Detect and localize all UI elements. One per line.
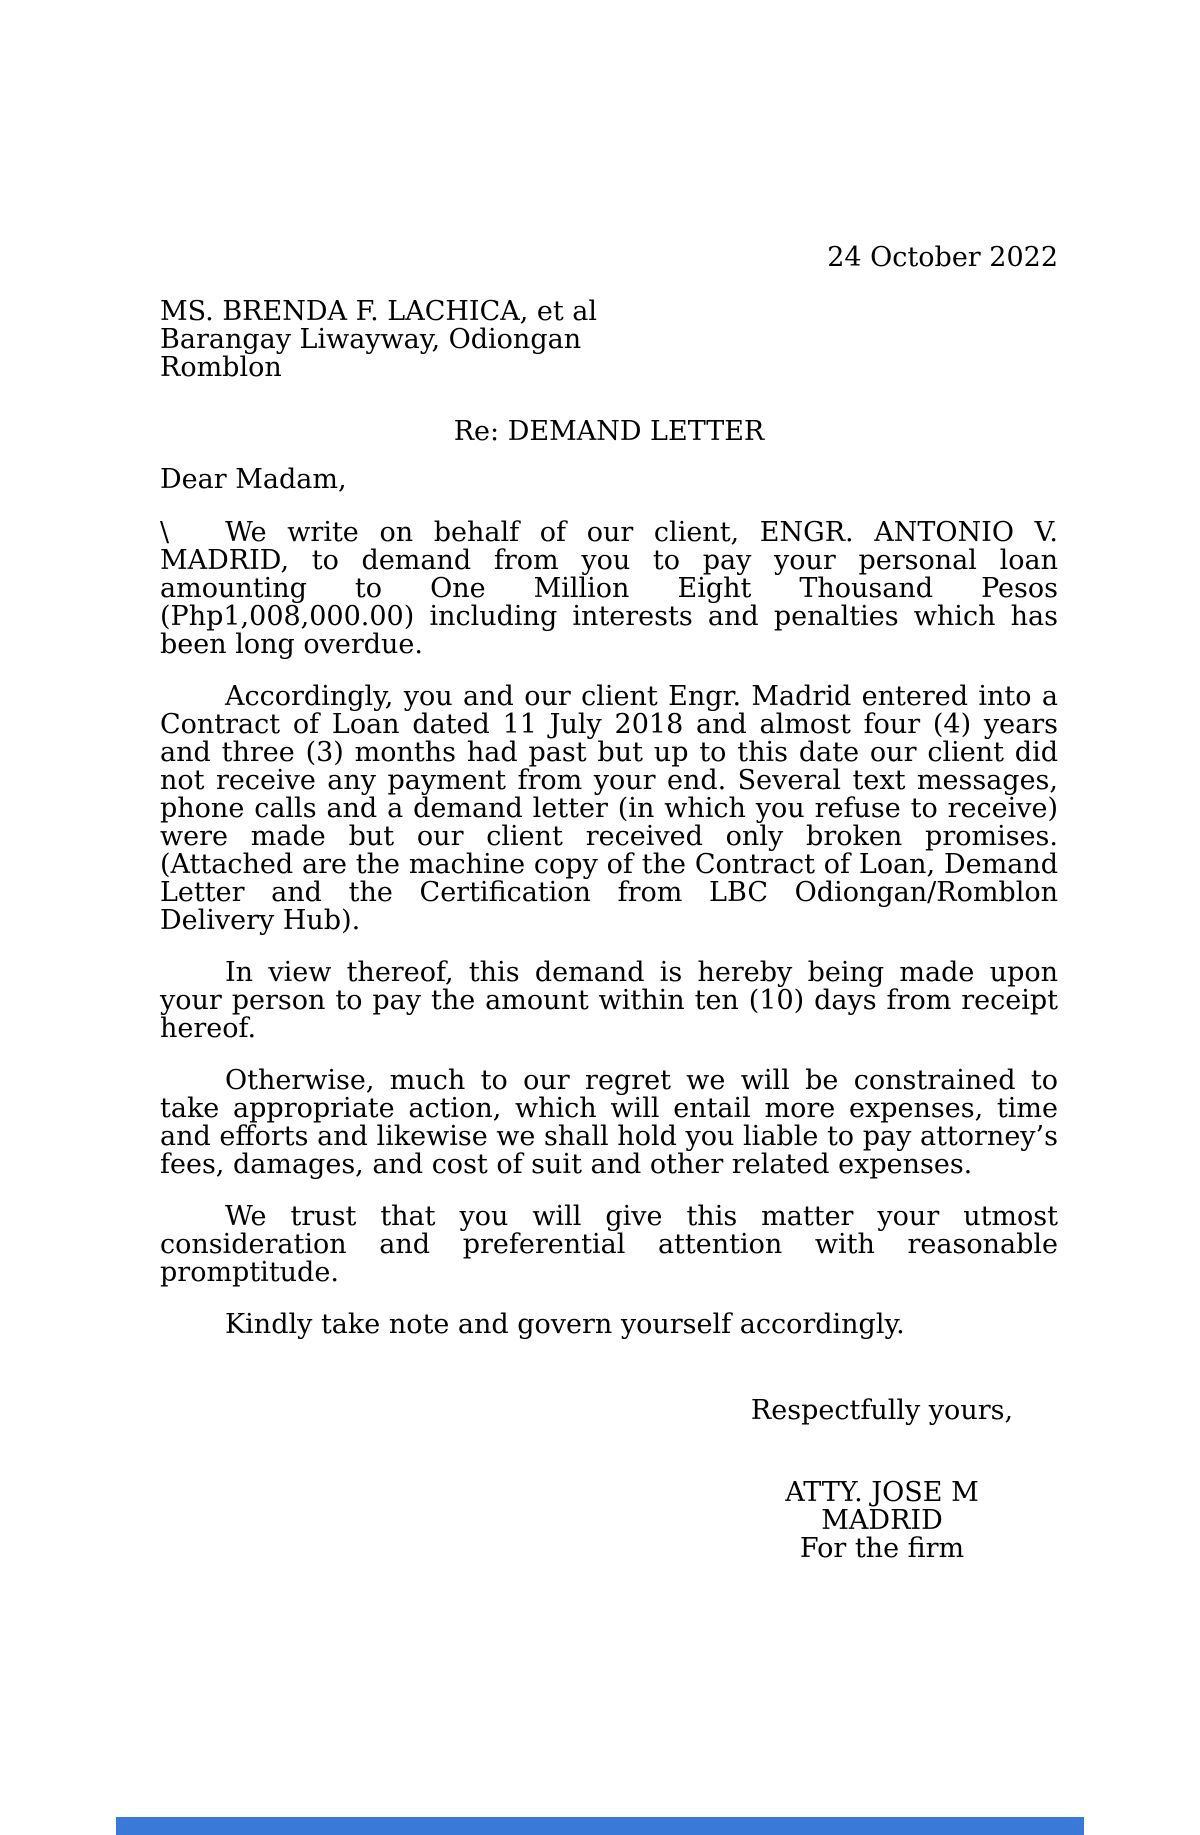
paragraph-1-text: We write on behalf of our client, ENGR. …: [160, 517, 1058, 660]
salutation: Dear Madam,: [160, 466, 1058, 494]
recipient-block: MS. BRENDA F. LACHICA, et al Barangay Li…: [160, 298, 1058, 382]
paragraph-5: We trust that you will give this matter …: [160, 1203, 1058, 1287]
paragraph-6: Kindly take note and govern yourself acc…: [160, 1311, 1058, 1339]
signatory-name: ATTY. JOSE M MADRID: [742, 1479, 1022, 1535]
paragraph-3: In view thereof, this demand is hereby b…: [160, 959, 1058, 1043]
backslash-mark: \: [160, 517, 169, 548]
letter-page: 24 October 2022 MS. BRENDA F. LACHICA, e…: [0, 0, 1200, 1835]
paragraph-1: \We write on behalf of our client, ENGR.…: [160, 519, 1058, 659]
paragraph-2: Accordingly, you and our client Engr. Ma…: [160, 683, 1058, 935]
date-line: 24 October 2022: [160, 244, 1058, 272]
recipient-name: MS. BRENDA F. LACHICA, et al: [160, 298, 1058, 326]
selection-highlight-bar: [116, 1817, 1084, 1835]
tab-space: [169, 540, 225, 541]
paragraph-4: Otherwise, much to our regret we will be…: [160, 1067, 1058, 1179]
letter-content: 24 October 2022 MS. BRENDA F. LACHICA, e…: [0, 0, 1200, 1563]
subject-line: Re: DEMAND LETTER: [160, 418, 1058, 446]
closing-line: Respectfully yours,: [742, 1397, 1022, 1425]
signature-block: Respectfully yours, ATTY. JOSE M MADRID …: [742, 1397, 1022, 1563]
recipient-address-line-2: Romblon: [160, 354, 1058, 382]
recipient-address-line-1: Barangay Liwayway, Odiongan: [160, 326, 1058, 354]
signatory-title: For the firm: [742, 1535, 1022, 1563]
